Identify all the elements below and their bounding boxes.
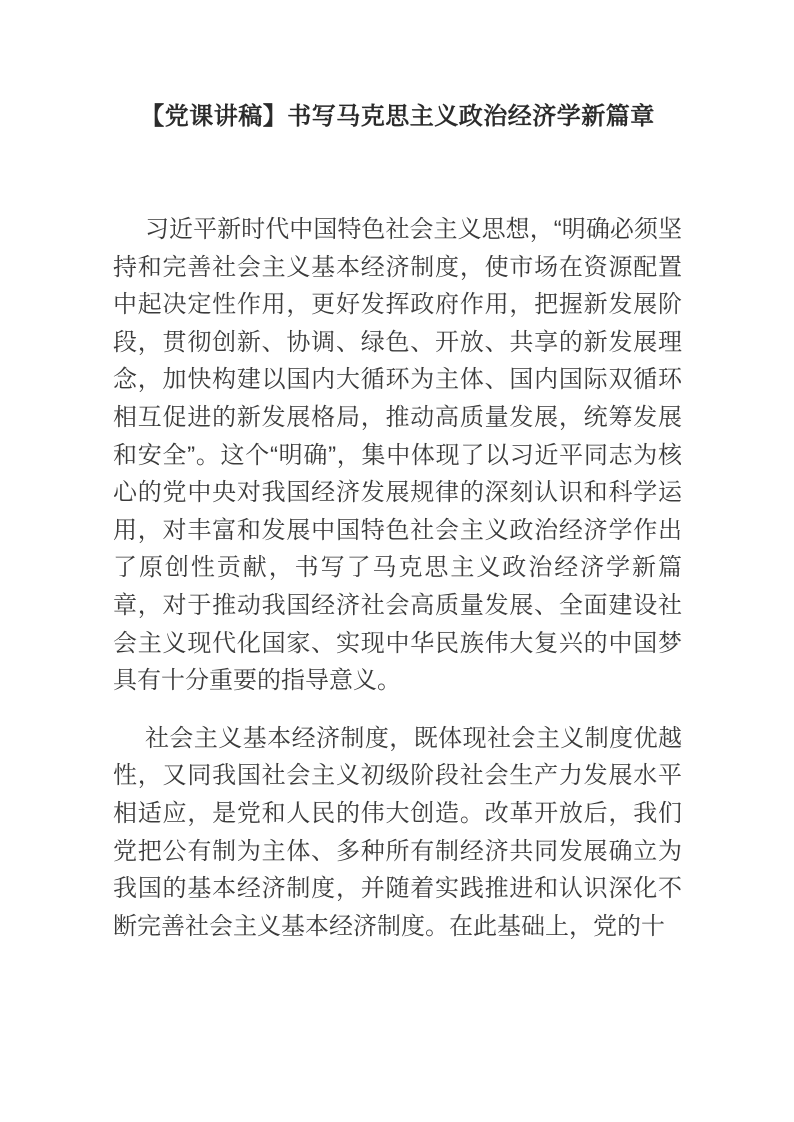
body-paragraph-1: 习近平新时代中国特色社会主义思想，“明确必须坚持和完善社会主义基本经济制度，使市… <box>113 211 682 700</box>
body-paragraph-2: 社会主义基本经济制度，既体现社会主义制度优越性，又同我国社会主义初级阶段社会生产… <box>113 720 682 946</box>
document-page: 【党课讲稿】书写马克思主义政治经济学新篇章 习近平新时代中国特色社会主义思想，“… <box>0 0 794 1122</box>
document-title: 【党课讲稿】书写马克思主义政治经济学新篇章 <box>113 99 682 135</box>
